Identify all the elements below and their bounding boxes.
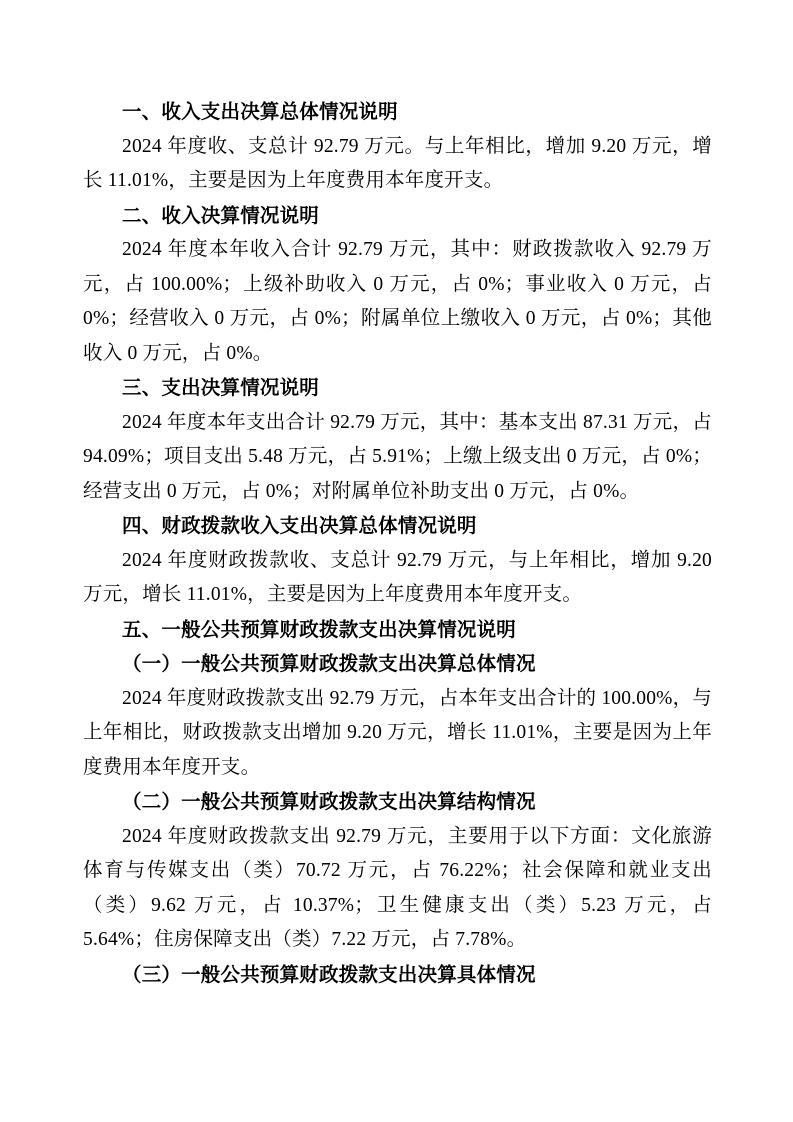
- document-page: 一、收入支出决算总体情况说明 2024 年度收、支总计 92.79 万元。与上年…: [0, 0, 793, 1122]
- section-3-heading: 三、支出决算情况说明: [83, 371, 712, 406]
- section-5-2-heading: （二）一般公共预算财政拨款支出决算结构情况: [83, 785, 712, 820]
- section-2-heading: 二、收入决算情况说明: [83, 199, 712, 234]
- document-content: 一、收入支出决算总体情况说明 2024 年度收、支总计 92.79 万元。与上年…: [83, 95, 712, 992]
- section-2-paragraph: 2024 年度本年收入合计 92.79 万元，其中：财政拨款收入 92.79 万…: [83, 233, 712, 371]
- section-1-paragraph: 2024 年度收、支总计 92.79 万元。与上年相比，增加 9.20 万元，增…: [83, 130, 712, 199]
- section-4-paragraph: 2024 年度财政拨款收、支总计 92.79 万元，与上年相比，增加 9.20 …: [83, 544, 712, 613]
- section-1-heading: 一、收入支出决算总体情况说明: [83, 95, 712, 130]
- section-3-paragraph: 2024 年度本年支出合计 92.79 万元，其中：基本支出 87.31 万元，…: [83, 406, 712, 510]
- section-5-1-heading: （一）一般公共预算财政拨款支出决算总体情况: [83, 647, 712, 682]
- section-5-3-heading: （三）一般公共预算财政拨款支出决算具体情况: [83, 958, 712, 993]
- section-5-1-paragraph: 2024 年度财政拨款支出 92.79 万元，占本年支出合计的 100.00%，…: [83, 682, 712, 786]
- section-4-heading: 四、财政拨款收入支出决算总体情况说明: [83, 509, 712, 544]
- section-5-heading: 五、一般公共预算财政拨款支出决算情况说明: [83, 613, 712, 648]
- section-5-2-paragraph: 2024 年度财政拨款支出 92.79 万元，主要用于以下方面：文化旅游体育与传…: [83, 820, 712, 958]
